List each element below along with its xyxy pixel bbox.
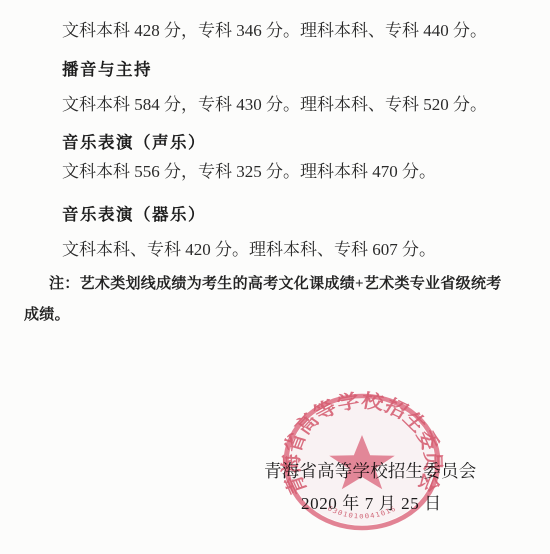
category-heading-music-vocal: 音乐表演（声乐） [62, 132, 206, 154]
score-line-music-vocal: 文科本科 556 分，专科 325 分。理科本科 470 分。 [62, 161, 436, 183]
score-line-broadcasting: 文科本科 584 分，专科 430 分。理科本科、专科 520 分。 [62, 94, 487, 116]
official-seal: 青海省高等学校招生委员会 6301010041016 [262, 382, 462, 542]
score-line-music-instrumental: 文科本科、专科 420 分。理科本科、专科 607 分。 [62, 239, 436, 261]
document-page: 文科本科 428 分，专科 346 分。理科本科、专科 440 分。 播音与主持… [0, 0, 550, 554]
score-line-art-general: 文科本科 428 分，专科 346 分。理科本科、专科 440 分。 [62, 20, 487, 42]
category-heading-broadcasting: 播音与主持 [62, 59, 152, 81]
footnote: 注：艺术类划线成绩为考生的高考文化课成绩+艺术类专业省级统考成绩。 [24, 269, 510, 331]
category-heading-music-instrumental: 音乐表演（器乐） [62, 204, 206, 226]
